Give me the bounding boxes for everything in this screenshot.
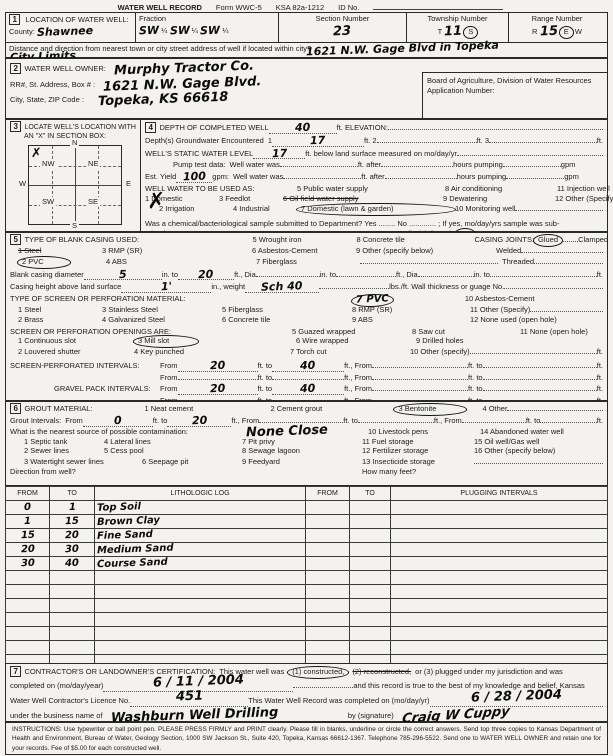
quarter-mark: ¼: [222, 26, 228, 35]
option-sewage-lagoon: 8 Sewage lagoon: [242, 446, 362, 456]
joint-threaded: Threaded: [502, 257, 534, 267]
direction-from-well-label: Direction from well?: [10, 467, 362, 477]
option-constructed-circled: (1) constructed,: [287, 666, 349, 679]
ft-label: ft.: [597, 347, 603, 357]
option-brass: 2 Brass: [18, 315, 102, 325]
option-watertight-sewer: 3 Watertight sewer lines: [24, 457, 142, 467]
option-seepage-pit: 6 Seepage pit: [142, 457, 242, 467]
range-value: 15: [539, 24, 558, 38]
option-grout-other: 4 Other: [482, 404, 507, 414]
table-row: [6, 613, 608, 627]
id-no-blank: [373, 1, 503, 10]
section-2-number: 2: [10, 63, 21, 74]
option-none-open-hole-2: 11 None (open hole): [520, 327, 588, 337]
option-monitoring-well: 10 Monitoring well: [455, 204, 515, 214]
depth-label: DEPTH OF COMPLETED WELL: [159, 123, 268, 133]
casing-title: TYPE OF BLANK CASING USED:: [24, 235, 252, 245]
option-abs: 4 ABS: [106, 257, 256, 267]
option-drilled-holes: 9 Drilled holes: [416, 336, 464, 346]
ft-from-label: ft., From: [344, 373, 372, 383]
licence-no-value: 451: [175, 690, 203, 704]
option-cement-grout: 2 Cement grout: [270, 404, 394, 414]
from-value: 20: [20, 545, 34, 555]
used-as-label: WELL WATER TO BE USED AS:: [145, 184, 297, 194]
gpm-colon-label: gpm:: [212, 172, 229, 182]
completed-on-label: completed on (mo/day/year): [10, 681, 103, 691]
option-fertilizer-storage: 12 Fertilizer storage: [362, 446, 474, 456]
col-to: TO: [50, 487, 95, 501]
range-label: Range Number: [532, 14, 583, 23]
ft-after-label: ft. after: [358, 160, 381, 170]
option-galvanized-steel: 4 Galvanized Steel: [102, 315, 222, 325]
range-cell: Range Number R 15 E W: [509, 13, 605, 42]
depth-value: 40: [295, 122, 311, 134]
ft-label: ft.: [597, 270, 603, 280]
quadrant-nw-label: NW: [40, 159, 57, 169]
section-3-number: 3: [10, 121, 21, 132]
option-screen-fiberglass: 5 Fiberglass: [222, 305, 352, 315]
option-saw-cut: 8 Saw cut: [412, 327, 520, 337]
casing-joints-label: CASING JOINTS:: [474, 235, 534, 245]
option-concrete-tile: 8 Concrete tile: [356, 235, 474, 245]
col-to-2: TO: [350, 487, 391, 501]
water-well-record-form: WATER WELL RECORD Form WWC-5 KSA 82a-121…: [0, 0, 613, 756]
option-wrought-iron: 5 Wrought iron: [252, 235, 356, 245]
option-feedyard: 9 Feedyard: [242, 457, 362, 467]
gpm-label: gpm: [561, 160, 576, 170]
contamination-label: What is the nearest source of possible c…: [10, 427, 268, 437]
option-none-open-hole: 12 None used (open hole): [470, 315, 557, 325]
option-fiberglass-casing: 7 Fiberglass: [256, 257, 360, 267]
option-dewatering: 9 Dewatering: [443, 194, 555, 204]
option-oil-field: 6 Oil field water supply: [283, 194, 443, 204]
ft-label: ft.: [597, 136, 603, 146]
in-to-label: in. to: [320, 270, 336, 280]
option-wire-wrapped: 6 Wire wrapped: [296, 336, 416, 346]
range-east-circled: E: [559, 26, 574, 39]
groundwater-3-label: ft. 3: [477, 136, 490, 146]
instructions-text: INSTRUCTIONS: Use typewriter or ball poi…: [12, 725, 601, 753]
spi-from-value: 20: [210, 360, 226, 372]
option-livestock-pens: 10 Livestock pens: [368, 427, 480, 437]
township-value: 11: [444, 24, 463, 38]
owner-city-label: City, State, ZIP Code :: [10, 95, 84, 105]
fraction-label: Fraction: [139, 14, 166, 23]
static-level-after: ft. below land surface measured on mo/da…: [305, 149, 457, 159]
hours-pumping-label: hours pumping: [453, 160, 503, 170]
north-label: N: [70, 138, 79, 148]
section-3-title-line1: LOCATE WELL'S LOCATION WITH: [24, 123, 136, 132]
log-value: Course Sand: [97, 558, 168, 570]
option-neat-cement: 1 Neat cement: [144, 404, 270, 414]
grout-title: GROUT MATERIAL:: [24, 404, 144, 414]
option-screen-asbestos-cement: 10 Asbestos-Cement: [465, 294, 535, 304]
ft-dia-label: ft., Dia: [234, 270, 256, 280]
fraction-q2: SW: [169, 24, 189, 36]
option-pvc-circled: 2 PVC: [17, 256, 71, 269]
fraction-cell: Fraction SW ¼ SW ¼ SW ¼: [136, 13, 279, 42]
section-4-well-data: 4 DEPTH OF COMPLETED WELL 40 ft. ELEVATI…: [140, 119, 608, 232]
option-cess-pool: 5 Cess pool: [104, 446, 242, 456]
ft-to-label: ft. to: [258, 361, 273, 371]
ft-to-label: ft. to: [258, 373, 273, 383]
south-label: S: [70, 221, 79, 231]
from-label: From: [65, 416, 83, 426]
township-prefix: T: [438, 27, 442, 36]
option-insecticide-storage: 13 Insecticide storage: [362, 457, 474, 467]
option-screen-abs: 9 ABS: [352, 315, 470, 325]
casing-diameter-value: 5: [119, 269, 127, 280]
to-value: 30: [65, 545, 79, 555]
option-fuel-storage: 11 Fuel storage: [362, 437, 474, 447]
grout-intervals-label: Grout Intervals:: [10, 416, 61, 426]
option-asbestos-cement: 6 Asbestos-Cement: [252, 246, 356, 256]
contamination-value: None Close: [246, 424, 328, 440]
hours-pumping-label: hours pumping: [457, 172, 507, 182]
lithologic-log-table: FROM TO LITHOLOGIC LOG FROM TO PLUGGING …: [5, 486, 608, 669]
ft-to-label: ft. to: [468, 373, 483, 383]
grout-to-value: 20: [192, 415, 208, 427]
fraction-q1: SW: [139, 24, 159, 36]
form-header: WATER WELL RECORD Form WWC-5 KSA 82a-121…: [0, 1, 613, 13]
section-6-grout: 6 GROUT MATERIAL: 1 Neat cement 2 Cement…: [5, 401, 608, 486]
sample-question-line1: Was a chemical/bacteriological sample su…: [145, 219, 559, 229]
wall-thickness-label: lbs./ft. Wall thickness or guage No.: [389, 282, 504, 292]
from-label: From: [160, 361, 178, 371]
table-header-row: FROM TO LITHOLOGIC LOG FROM TO PLUGGING …: [6, 487, 608, 501]
owner-address-label: RR#, St. Address, Box # :: [10, 80, 95, 90]
log-value: Top Soil: [97, 503, 141, 515]
section-number-cell: Section Number 23: [279, 13, 407, 42]
screen-perforated-intervals-label: SCREEN-PERFORATED INTERVALS:: [10, 361, 160, 371]
option-screen-steel: 1 Steel: [18, 305, 102, 315]
signature-label: by (signature): [348, 711, 394, 721]
quadrant-ne-label: NE: [86, 159, 100, 169]
ft-from-label: ft., From: [344, 384, 372, 394]
option-rmp-sr: 3 RMP (SR): [102, 246, 252, 256]
casing-height-label: Casing height above land surface: [10, 282, 121, 292]
est-yield-label: Est. Yield: [145, 172, 176, 182]
ft-to-label: ft. to: [258, 384, 273, 394]
ft-elevation-label: ft. ELEVATION:: [337, 123, 388, 133]
weight-label: in., weight: [211, 282, 245, 292]
section-number-label: Section Number: [316, 14, 370, 23]
joint-clamped: Clamped: [578, 235, 608, 245]
option-screen-concrete-tile: 6 Concrete tile: [222, 315, 352, 325]
grout-from-value: 0: [114, 415, 122, 426]
from-value: 0: [24, 503, 31, 513]
table-row: [6, 599, 608, 613]
from-value: 1: [24, 517, 31, 527]
option-bentonite-circled: 3 Bentonite: [393, 403, 467, 416]
table-row: [6, 641, 608, 655]
how-many-feet-label: How many feet?: [362, 467, 416, 477]
quarter-mark: ¼: [192, 26, 198, 35]
quadrant-se-label: SE: [86, 197, 100, 207]
static-level-value: 17: [271, 147, 287, 159]
township-direction-circled: S: [463, 26, 478, 39]
col-from: FROM: [6, 487, 50, 501]
pump-test-label: Pump test data:: [173, 160, 226, 170]
table-row: 0 1 Top Soil: [6, 501, 608, 515]
joint-welded: Welded: [496, 246, 521, 256]
well-water-was-label: Well water was: [233, 172, 283, 182]
to-value: 40: [65, 559, 79, 569]
est-yield-value: 100: [183, 171, 206, 183]
table-row: 15 20 Fine Sand: [6, 529, 608, 543]
log-value: Medium Sand: [97, 544, 174, 556]
section-1-location: 1 LOCATION OF WATER WELL: County: Shawne…: [5, 12, 608, 58]
county-label: County:: [9, 27, 35, 36]
section-6-number: 6: [10, 403, 21, 414]
section-5-number: 5: [10, 234, 21, 245]
section-7-certification: 7 CONTRACTOR'S OR LANDOWNER'S CERTIFICAT…: [5, 663, 608, 722]
in-to-label: in. to: [474, 270, 490, 280]
option-guazed-wrapped: 5 Guazed wrapped: [292, 327, 412, 337]
table-row: [6, 571, 608, 585]
instructions-block: INSTRUCTIONS: Use typewriter or ball poi…: [5, 722, 608, 755]
option-other-specify: 12 Other (Specify below): [555, 194, 613, 204]
table-row: 30 40 Course Sand: [6, 557, 608, 571]
option-domestic-lawn-garden-circled: 7 Domestic (lawn & garden): [296, 203, 456, 216]
option-public-water: 5 Public water supply: [297, 184, 445, 194]
well-water-was-label: Well water was: [230, 160, 280, 170]
col-lithologic-log: LITHOLOGIC LOG: [95, 487, 306, 501]
option-continuous-slot: 1 Continuous slot: [18, 336, 134, 346]
west-label: W: [17, 179, 28, 189]
option-injection-well: 11 Injection well: [557, 184, 610, 194]
option-air-conditioning: 8 Air conditioning: [445, 184, 557, 194]
to-value: 20: [65, 531, 79, 541]
from-value: 30: [20, 559, 34, 569]
lithologic-log-section: FROM TO LITHOLOGIC LOG FROM TO PLUGGING …: [5, 486, 608, 663]
table-row: [6, 585, 608, 599]
completed-date-value: 6 / 11 / 2004: [153, 674, 244, 690]
option-steel-casing: 1 Steel: [18, 246, 102, 256]
in-to-label: in. to: [162, 270, 178, 280]
from-label: From: [160, 373, 178, 383]
col-plugging-intervals: PLUGGING INTERVALS: [391, 487, 608, 501]
option-abandoned-well: 14 Abandoned water well: [480, 427, 564, 437]
from-label: From: [160, 384, 178, 394]
option-louvered-shutter: 2 Louvered shutter: [18, 347, 134, 357]
section-2-owner: 2 WATER WELL OWNER: Murphy Tractor Co. R…: [5, 58, 608, 119]
option-lateral-lines: 4 Lateral lines: [104, 437, 242, 447]
township-label: Township Number: [427, 14, 487, 23]
option-feedlot: 3 Feedlot: [219, 194, 283, 204]
section-1-title: LOCATION OF WATER WELL:: [26, 15, 129, 24]
licence-no-label: Water Well Contractor's Licence No.: [10, 696, 130, 706]
section-3-section-box: 3 LOCATE WELL'S LOCATION WITH AN "X" IN …: [5, 119, 141, 232]
ft-dia-label: ft., Dia: [396, 270, 418, 280]
option-irrigation: 2 Irrigation: [159, 204, 233, 214]
option-other-specify-openings: 10 Other (specify): [410, 347, 470, 357]
gpi-from-value: 20: [210, 383, 226, 395]
ft-to-label: ft. to: [526, 416, 541, 426]
quarter-mark: ¼: [161, 26, 167, 35]
business-name-label: under the business name of: [10, 711, 103, 721]
ft-to-label: ft. to: [468, 384, 483, 394]
section-location-diagram: NW NE SW SE ✗: [28, 145, 122, 225]
ft-label: ft.: [597, 384, 603, 394]
section-1-number: 1: [9, 14, 20, 25]
option-oil-gas-well: 15 Oil well/Gas well: [474, 437, 539, 447]
agency-block: Board of Agriculture, Division of Water …: [422, 72, 607, 118]
range-prefix: R: [532, 27, 537, 36]
to-value: 1: [68, 503, 75, 513]
gravel-pack-intervals-label: GRAVEL PACK INTERVALS:: [54, 384, 160, 394]
owner-city-value: Topeka, KS 66618: [98, 91, 229, 109]
option-stainless-steel: 3 Stainless Steel: [102, 305, 222, 315]
used-as-x-mark: ✗: [147, 190, 166, 213]
ft-from-label: ft., From: [434, 416, 462, 426]
log-value: Fine Sand: [97, 530, 153, 542]
log-value: Brown Clay: [97, 516, 160, 528]
casing-diameter-to-value: 20: [198, 268, 214, 280]
ft-label: ft.: [597, 361, 603, 371]
screen-material-title: TYPE OF SCREEN OR PERFORATION MATERIAL:: [10, 294, 352, 304]
to-value: 15: [65, 517, 79, 527]
weight-value: Sch 40: [261, 281, 303, 293]
table-row: 1 15 Brown Clay: [6, 515, 608, 529]
col-from-2: FROM: [306, 487, 350, 501]
ft-from-label: ft., From: [344, 361, 372, 371]
groundwater-2-label: ft. 2: [364, 136, 377, 146]
distance-value: 1621 N.W. Gage Blvd in Topeka: [306, 40, 499, 58]
option-industrial: 4 Industrial: [233, 204, 297, 214]
range-west: W: [575, 27, 582, 36]
static-level-label: WELL'S STATIC WATER LEVEL: [145, 149, 253, 159]
option-other-specify-below: 9 Other (specify below): [356, 246, 496, 256]
ft-to-label: ft. to: [468, 361, 483, 371]
county-value: Shawnee: [37, 25, 93, 38]
application-number-label: Application Number:: [427, 86, 495, 95]
ft-to-label: ft. to: [153, 416, 168, 426]
table-row: [6, 627, 608, 641]
county-cell: 1 LOCATION OF WATER WELL: County: Shawne…: [6, 13, 136, 42]
record-completed-date-value: 6 / 28 / 2004: [471, 689, 562, 705]
option-plugged: or (3) plugged under my jurisdiction and…: [415, 667, 563, 677]
section-7-number: 7: [10, 666, 21, 677]
casing-height-value: 1': [161, 281, 172, 292]
gpm-label: gpm: [564, 172, 579, 182]
gpi-to-value: 40: [300, 383, 316, 395]
casing-diameter-label: Blank casing diameter: [10, 270, 84, 280]
spi-to-value: 40: [300, 360, 316, 372]
owner-title: WATER WELL OWNER:: [24, 64, 105, 74]
option-septic-tank: 1 Septic tank: [24, 437, 104, 447]
ft-label: ft.: [597, 416, 603, 426]
section-4-number: 4: [145, 122, 156, 133]
ft-after-label: ft. after: [361, 172, 384, 182]
groundwater-label: Depth(s) Groundwater Encountered: [145, 136, 264, 146]
agency-name: Board of Agriculture, Division of Water …: [427, 76, 591, 85]
fraction-q3: SW: [200, 24, 220, 36]
ft-to-label: ft. to: [343, 416, 358, 426]
option-key-punched: 4 Key punched: [134, 347, 290, 357]
option-contamination-other: 16 Other (specify below): [474, 446, 555, 456]
township-cell: Township Number T 11 S: [407, 13, 509, 42]
section-number-value: 23: [333, 24, 352, 38]
option-sewer-lines: 2 Sewer lines: [24, 446, 104, 456]
option-reconstructed: (2) reconstructed,: [352, 667, 411, 677]
section-5-casing: 5 TYPE OF BLANK CASING USED: 5 Wrought i…: [5, 232, 608, 401]
section-3-title-line2: AN "X" IN SECTION BOX:: [24, 132, 106, 141]
groundwater-1-value: 17: [310, 134, 326, 146]
from-value: 15: [20, 531, 34, 541]
option-torch-cut: 7 Torch cut: [290, 347, 410, 357]
table-row: 20 30 Medium Sand: [6, 543, 608, 557]
ft-label: ft.: [597, 373, 603, 383]
option-screen-other: 11 Other (Specify): [470, 305, 530, 315]
east-label: E: [124, 179, 133, 189]
